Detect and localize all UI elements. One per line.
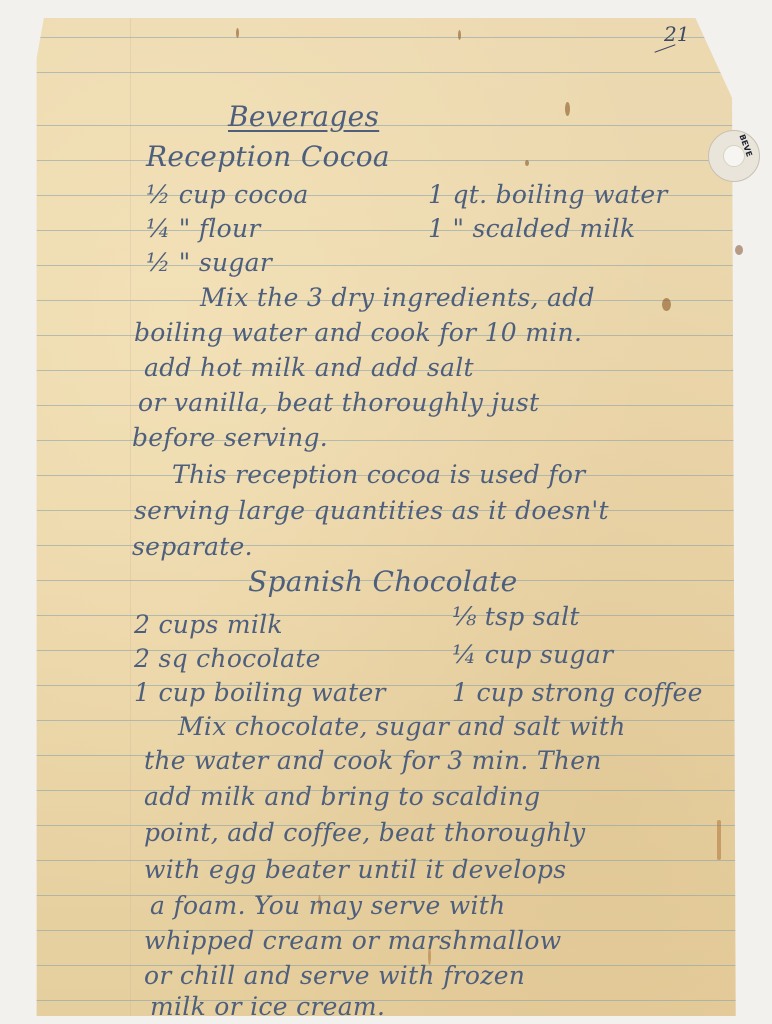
ingredient: 1 cup strong coffee <box>452 678 703 707</box>
ingredient: ½ cup cocoa <box>146 180 309 209</box>
ingredient: 1 cup boiling water <box>134 678 386 707</box>
instruction-line: add hot milk and add salt <box>144 353 474 382</box>
perforation-hole <box>0 215 26 245</box>
perforation-hole <box>0 520 26 550</box>
instruction-line: boiling water and cook for 10 min. <box>134 318 582 347</box>
perforation-hole <box>0 345 26 375</box>
stain <box>236 28 239 38</box>
instruction-line: or chill and serve with frozen <box>144 961 525 990</box>
perforation-hole <box>0 910 26 940</box>
instruction-line: separate. <box>132 532 253 561</box>
instruction-line: the water and cook for 3 min. Then <box>144 746 602 775</box>
stain <box>735 245 743 255</box>
instruction-line: with egg beater until it develops <box>144 855 566 884</box>
ingredient: ¼ " flour <box>146 214 261 243</box>
ingredient: ½ " sugar <box>146 248 272 277</box>
instruction-line: whipped cream or marshmallow <box>144 926 561 955</box>
perforation-hole <box>0 855 26 885</box>
ingredient: ¼ cup sugar <box>452 640 613 669</box>
perforation-hole <box>0 965 26 995</box>
instruction-line: a foam. You may serve with <box>150 891 506 920</box>
instruction-line: milk or ice cream. <box>150 992 385 1021</box>
recipe-title: Reception Cocoa <box>146 140 390 173</box>
instruction-line: point, add coffee, beat thoroughly <box>144 818 585 847</box>
section-heading: Beverages <box>228 100 379 133</box>
perforation-hole <box>0 800 26 830</box>
ingredient: 2 cups milk <box>134 610 283 639</box>
hole-reinforcement: BEVE <box>708 130 760 182</box>
instruction-line: add milk and bring to scalding <box>144 782 541 811</box>
perforation-hole <box>0 465 26 495</box>
recipe-title: Spanish Chocolate <box>248 565 518 598</box>
ingredient: ⅛ tsp salt <box>452 602 580 631</box>
instruction-line: before serving. <box>132 423 328 452</box>
ingredient: 1 qt. boiling water <box>428 180 668 209</box>
perforation-hole <box>0 690 26 720</box>
instruction-line: or vanilla, beat thoroughly just <box>138 388 539 417</box>
instruction-line: This reception cocoa is used for <box>172 460 586 489</box>
perforation-hole <box>0 575 26 605</box>
page-number: 21 <box>664 22 689 46</box>
ingredient: 1 " scalded milk <box>428 214 635 243</box>
margin-line <box>130 18 131 1016</box>
instruction-line: Mix chocolate, sugar and salt with <box>178 712 626 741</box>
perforation-hole <box>0 635 26 665</box>
stain <box>717 820 721 860</box>
ingredient: 2 sq chocolate <box>134 644 321 673</box>
instruction-line: serving large quantities as it doesn't <box>134 496 609 525</box>
perforation-hole <box>0 410 26 440</box>
stain <box>458 30 461 40</box>
instruction-line: Mix the 3 dry ingredients, add <box>200 283 595 312</box>
perforation-hole <box>0 745 26 775</box>
stain <box>662 298 671 311</box>
perforation-hole <box>0 100 26 130</box>
perforation-hole <box>0 160 26 190</box>
stain <box>565 102 570 116</box>
stain <box>525 160 529 166</box>
perforation-hole <box>0 285 26 315</box>
